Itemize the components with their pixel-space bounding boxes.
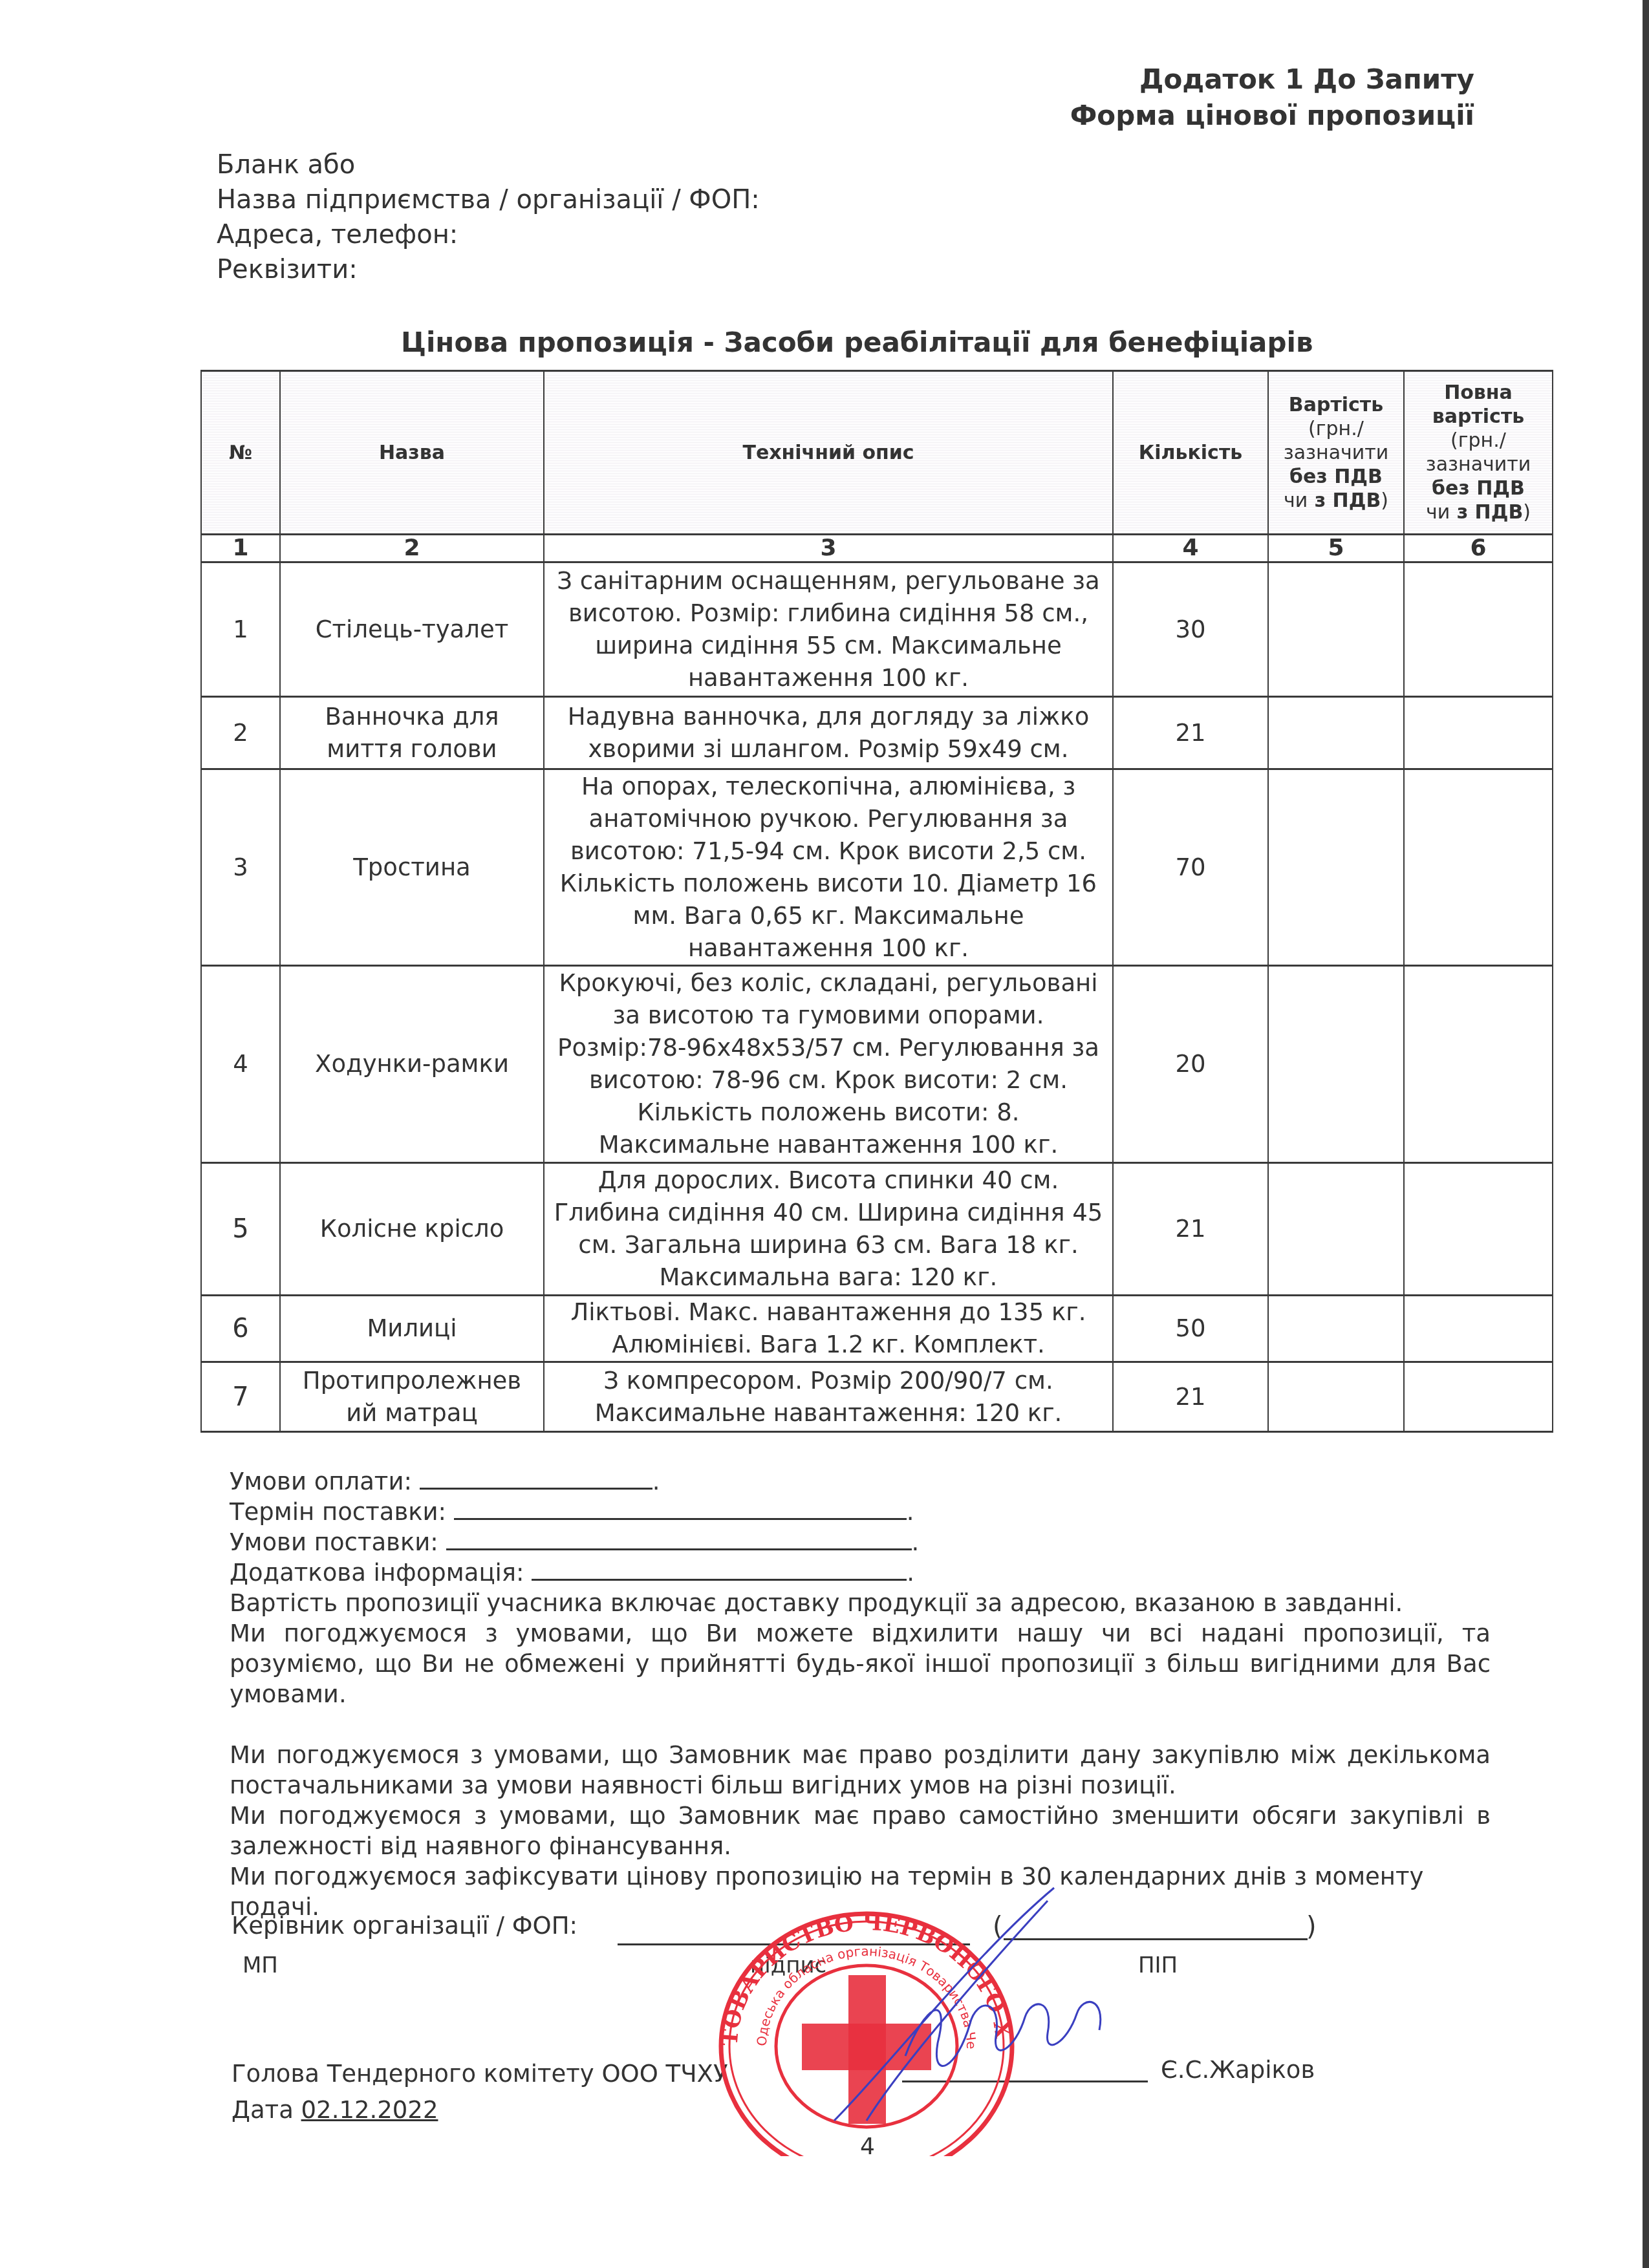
item-quantity: 70: [1113, 769, 1268, 966]
table-row: 7 Протипролежнев ий матрац З компресором…: [201, 1362, 1553, 1432]
table-row: 3 Тростина На опорах, телескопічна, алюм…: [201, 769, 1553, 966]
item-quantity: 21: [1113, 697, 1268, 769]
scan-edge: [1643, 0, 1649, 2268]
row-number: 1: [201, 562, 280, 697]
column-number: 1: [201, 535, 280, 562]
column-number: 5: [1268, 535, 1404, 562]
row-number: 3: [201, 769, 280, 966]
form-title: Форма цінової пропозиції: [1070, 98, 1474, 134]
item-price-field[interactable]: [1268, 1362, 1404, 1432]
item-description: На опорах, телескопічна, алюмінієва, з а…: [544, 769, 1113, 966]
delivery-terms-field[interactable]: [446, 1529, 912, 1550]
tender-committee-block: Голова Тендерного комітету ООО ТЧХУ Дата…: [232, 2056, 727, 2128]
payment-terms-line: Умови оплати: .: [230, 1466, 1491, 1497]
requisites-label: Реквізити:: [217, 252, 760, 287]
full-name-field[interactable]: [1004, 1938, 1308, 1940]
additional-info-line: Додаткова інформація: .: [230, 1557, 1491, 1588]
row-number: 7: [201, 1362, 280, 1432]
item-name: Стілець-туалет: [280, 562, 544, 697]
delivery-time-field[interactable]: [454, 1499, 907, 1520]
item-name: Милиці: [280, 1296, 544, 1362]
date-line: Дата 02.12.2022: [232, 2092, 727, 2128]
open-paren: (: [993, 1912, 1003, 1942]
header-no: №: [201, 371, 280, 535]
column-number-row: 1 2 3 4 5 6: [201, 535, 1553, 562]
delivery-terms-line: Умови поставки: .: [230, 1527, 1491, 1557]
table-row: 1 Стілець-туалет З санітарним оснащенням…: [201, 562, 1553, 697]
item-price-field[interactable]: [1268, 769, 1404, 966]
item-description: З компресором. Розмір 200/90/7 см. Макси…: [544, 1362, 1113, 1432]
item-total-field[interactable]: [1404, 769, 1553, 966]
item-description: Надувна ванночка, для догляду за ліжко х…: [544, 697, 1113, 769]
appendix-title: Додаток 1 До Запиту: [1070, 61, 1474, 98]
terms-section: Умови оплати: . Термін поставки: . Умови…: [230, 1466, 1491, 1922]
item-description: З санітарним оснащенням, регульоване за …: [544, 562, 1113, 697]
table-title: Цінова пропозиція - Засоби реабілітації …: [401, 326, 1313, 358]
item-name: Тростина: [280, 769, 544, 966]
item-quantity: 21: [1113, 1362, 1268, 1432]
column-number: 6: [1404, 535, 1553, 562]
table-row: 4 Ходунки-рамки Крокуючі, без коліс, скл…: [201, 966, 1553, 1163]
chair-name: Є.С.Жаріков: [1161, 2056, 1315, 2084]
item-quantity: 30: [1113, 562, 1268, 697]
item-total-field[interactable]: [1404, 562, 1553, 697]
item-total-field[interactable]: [1404, 697, 1553, 769]
item-price-field[interactable]: [1268, 562, 1404, 697]
header-description: Технічний опис: [544, 371, 1113, 535]
split-procurement-text: Ми погоджуємося з умовами, що Замовник м…: [230, 1740, 1491, 1801]
item-total-field[interactable]: [1404, 1163, 1553, 1296]
table-row: 5 Колісне крісло Для дорослих. Висота сп…: [201, 1163, 1553, 1296]
chair-signature-line: [902, 2081, 1148, 2082]
item-price-field[interactable]: [1268, 1296, 1404, 1362]
company-name-label: Назва підприємства / організації / ФОП:: [217, 182, 760, 217]
table-row: 6 Милиці Ліктьові. Макс. навантаження до…: [201, 1296, 1553, 1362]
close-paren: ): [1306, 1912, 1317, 1942]
column-number: 4: [1113, 535, 1268, 562]
reduce-volume-text: Ми погоджуємося з умовами, що Замовник м…: [230, 1801, 1491, 1861]
additional-info-field[interactable]: [532, 1559, 907, 1581]
table-header-row: № Назва Технічний опис Кількість Вартіст…: [201, 371, 1553, 535]
item-price-field[interactable]: [1268, 966, 1404, 1163]
document-header: Додаток 1 До Запиту Форма цінової пропоз…: [1070, 61, 1474, 134]
date-value: 02.12.2022: [301, 2096, 438, 2124]
header-total: Повна вартість (грн./ зазначити без ПДВ …: [1404, 371, 1553, 535]
payment-terms-field[interactable]: [420, 1468, 652, 1490]
table-row: 2 Ванночка для миття голови Надувна ванн…: [201, 697, 1553, 769]
delivery-included-text: Вартість пропозиції учасника включає дос…: [230, 1588, 1491, 1618]
item-quantity: 50: [1113, 1296, 1268, 1362]
column-number: 3: [544, 535, 1113, 562]
address-phone-label: Адреса, телефон:: [217, 217, 760, 252]
item-name: Ходунки-рамки: [280, 966, 544, 1163]
page-number: 4: [860, 2134, 875, 2160]
signature-caption: підпис: [750, 1952, 826, 1978]
item-quantity: 20: [1113, 966, 1268, 1163]
full-name-caption: ПІП: [1138, 1952, 1178, 1978]
company-details-block: Бланк або Назва підприємства / організац…: [217, 147, 760, 287]
item-total-field[interactable]: [1404, 1362, 1553, 1432]
item-price-field[interactable]: [1268, 1163, 1404, 1296]
item-name: Протипролежнев ий матрац: [280, 1362, 544, 1432]
price-proposal-table: № Назва Технічний опис Кількість Вартіст…: [200, 370, 1553, 1433]
item-price-field[interactable]: [1268, 697, 1404, 769]
row-number: 5: [201, 1163, 280, 1296]
item-total-field[interactable]: [1404, 966, 1553, 1163]
header-price: Вартість (грн./ зазначити без ПДВ чи з П…: [1268, 371, 1404, 535]
item-description: Ліктьові. Макс. навантаження до 135 кг. …: [544, 1296, 1113, 1362]
row-number: 6: [201, 1296, 280, 1362]
row-number: 2: [201, 697, 280, 769]
header-name: Назва: [280, 371, 544, 535]
rejection-terms-text: Ми погоджуємося з умовами, що Ви можете …: [230, 1618, 1491, 1709]
delivery-time-line: Термін поставки: .: [230, 1497, 1491, 1527]
column-number: 2: [280, 535, 544, 562]
row-number: 4: [201, 966, 280, 1163]
item-description: Крокуючі, без коліс, складані, регульова…: [544, 966, 1113, 1163]
header-quantity: Кількість: [1113, 371, 1268, 535]
letterhead-label: Бланк або: [217, 147, 760, 182]
seal-place-label: МП: [242, 1952, 278, 1978]
red-cross-stamp-icon: ТОВАРИСТВО ЧЕРВОНОГО ХРЕСТА УКРАЇНИ Одес…: [698, 1898, 1035, 2156]
item-description: Для дорослих. Висота спинки 40 см. Глиби…: [544, 1163, 1113, 1296]
item-name: Ванночка для миття голови: [280, 697, 544, 769]
head-signature-label: Керівник організації / ФОП:: [232, 1912, 577, 1940]
item-name: Колісне крісло: [280, 1163, 544, 1296]
tender-committee-chair-label: Голова Тендерного комітету ООО ТЧХУ: [232, 2056, 727, 2092]
item-total-field[interactable]: [1404, 1296, 1553, 1362]
item-quantity: 21: [1113, 1163, 1268, 1296]
signature-field[interactable]: [618, 1943, 970, 1945]
